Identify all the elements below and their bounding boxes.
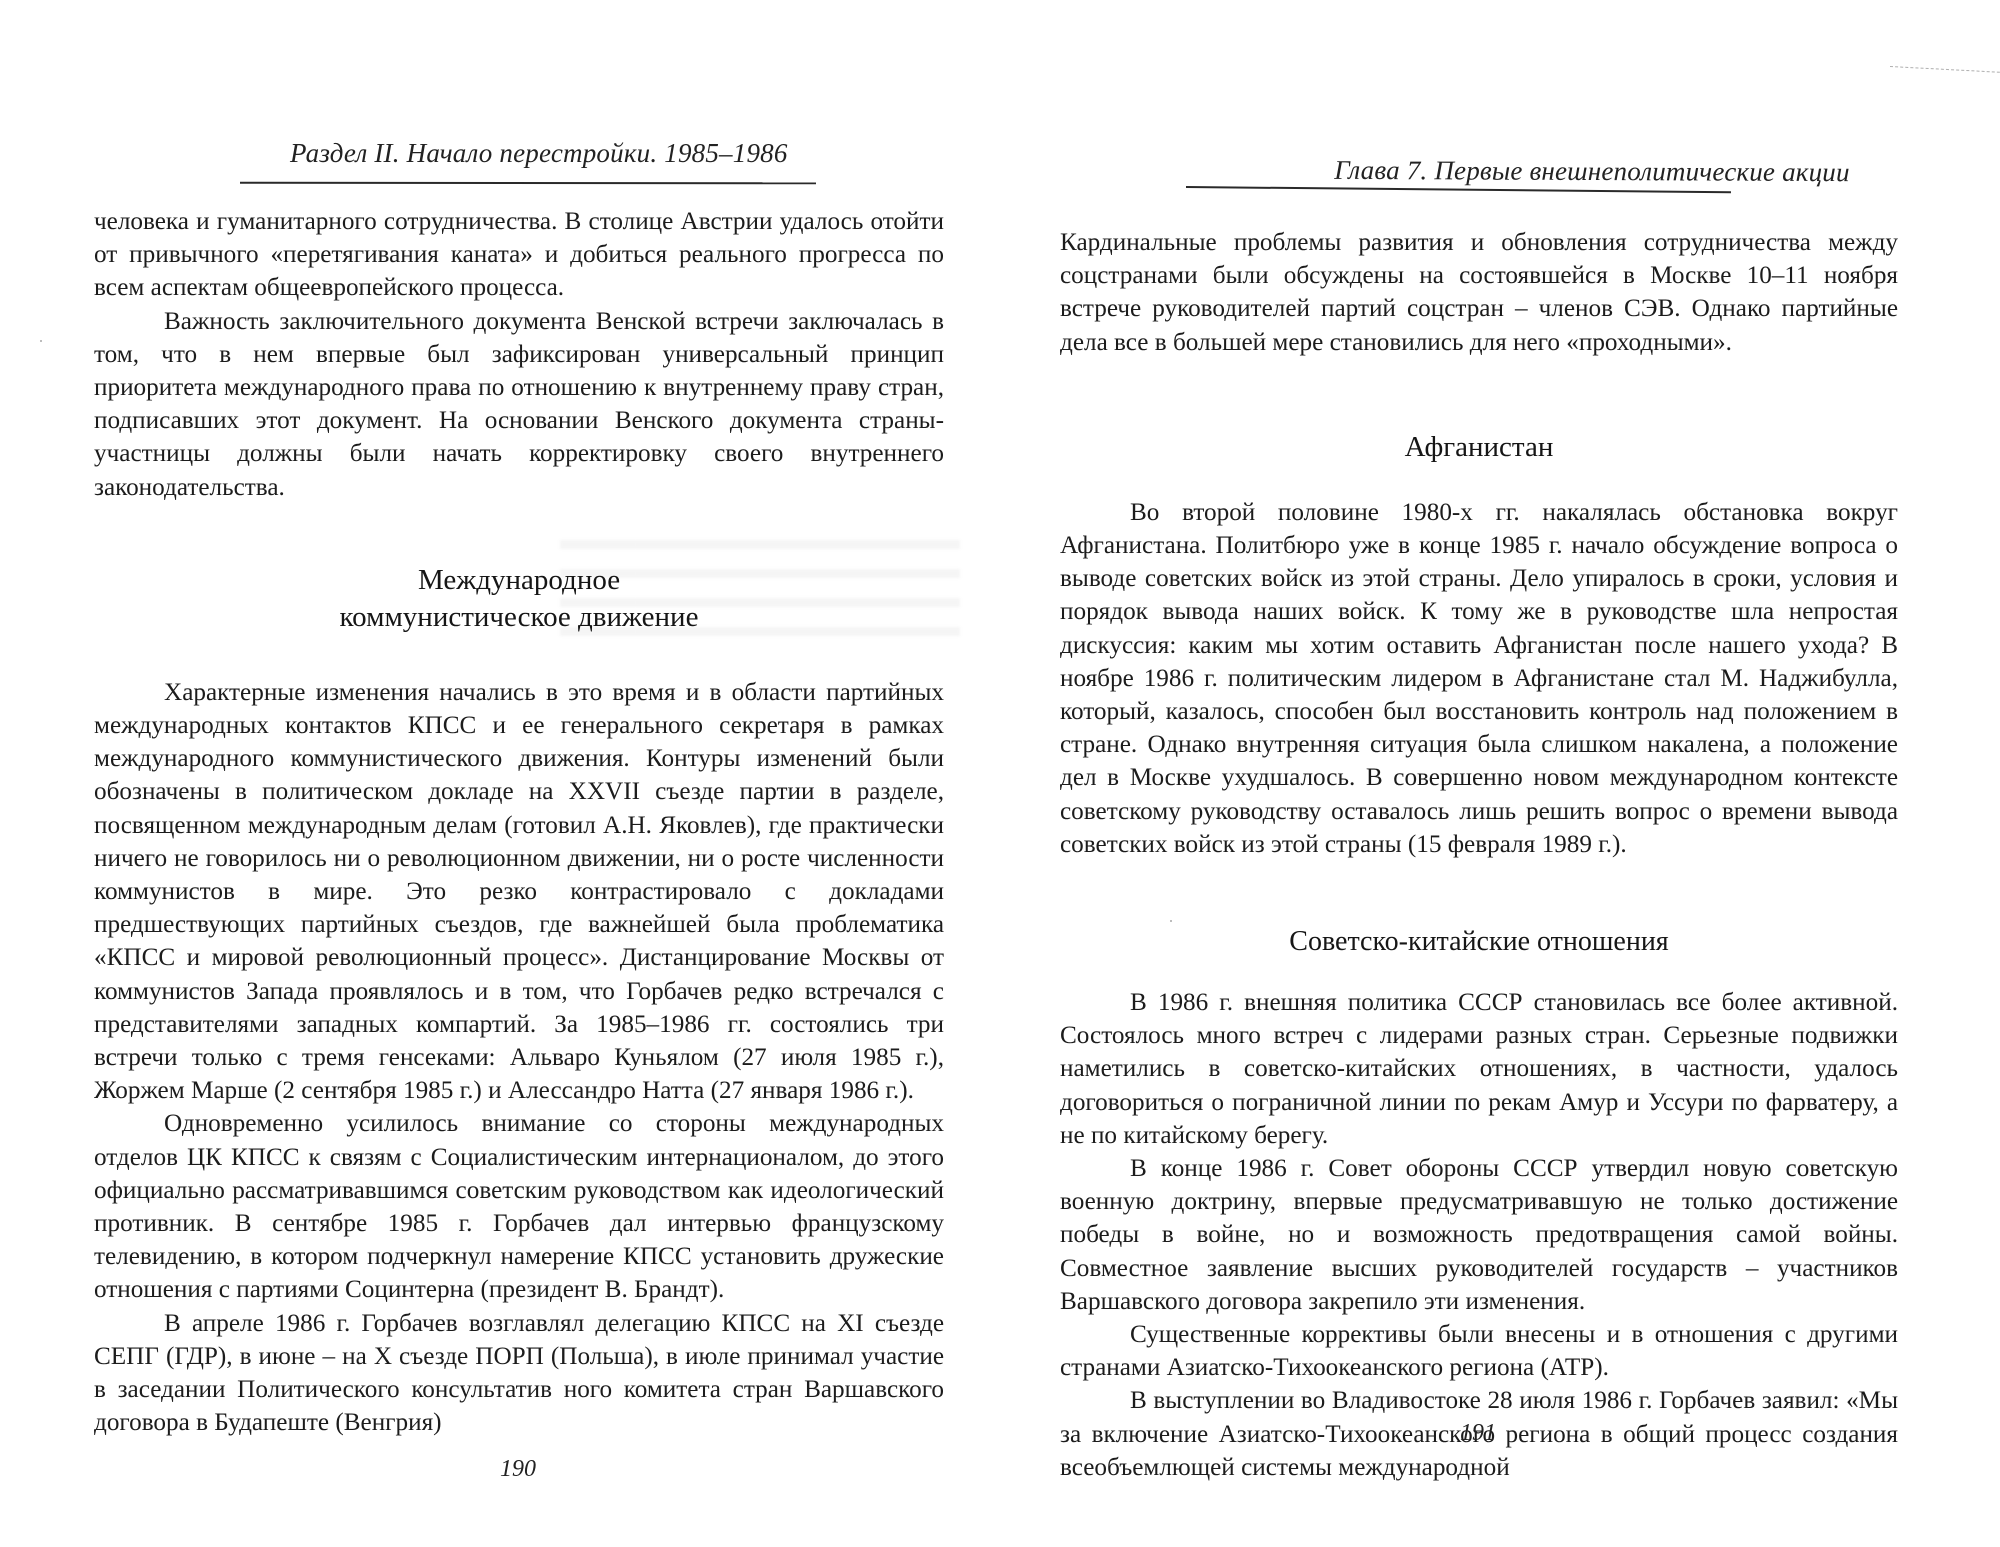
page-number: 191 <box>1460 1420 1496 1447</box>
paragraph: человека и гуманитарного сотрудничества.… <box>94 205 944 305</box>
paragraph: Существенные коррективы были внесены и в… <box>1060 1318 1898 1384</box>
running-header: Раздел II. Начало перестройки. 1985–1986 <box>290 138 788 169</box>
book-spread: Раздел II. Начало перестройки. 1985–1986… <box>0 0 2000 1547</box>
section-heading: Советско-китайские отношения <box>1060 923 1898 960</box>
paragraph: Важность заключительного документа Венск… <box>94 305 944 504</box>
section-heading: Международное коммунистическое движение <box>94 562 944 636</box>
paragraph: В 1986 г. внешняя политика СССР становил… <box>1060 986 1898 1152</box>
text-column: человека и гуманитарного сотрудничества.… <box>94 205 944 1440</box>
paragraph: Одновременно усилилось внимание со сторо… <box>94 1107 944 1306</box>
header-rule <box>240 182 816 185</box>
left-page: Раздел II. Начало перестройки. 1985–1986… <box>0 0 1000 1547</box>
right-page: Глава 7. Первые внешнеполитические акции… <box>1000 0 2000 1547</box>
paragraph: В апреле 1986 г. Горбачев возглавлял дел… <box>94 1307 944 1440</box>
paragraph: Характерные изменения начались в это вре… <box>94 676 944 1108</box>
paragraph: Во второй половине 1980-х гг. накалялась… <box>1060 496 1898 861</box>
scan-dust-mark <box>1170 920 1172 922</box>
paragraph: Кардинальные проблемы развития и обновле… <box>1060 226 1898 359</box>
text-column: Кардинальные проблемы развития и обновле… <box>1060 226 1898 1484</box>
section-heading-line: Международное <box>418 564 620 596</box>
running-header: Глава 7. Первые внешнеполитические акции <box>1334 155 1850 188</box>
scan-dust-mark <box>40 340 42 342</box>
section-heading: Афганистан <box>1060 429 1898 466</box>
paragraph: В конце 1986 г. Совет обороны СССР утвер… <box>1060 1152 1898 1318</box>
page-number: 190 <box>500 1456 536 1483</box>
section-heading-line: коммунистическое движение <box>340 601 699 633</box>
